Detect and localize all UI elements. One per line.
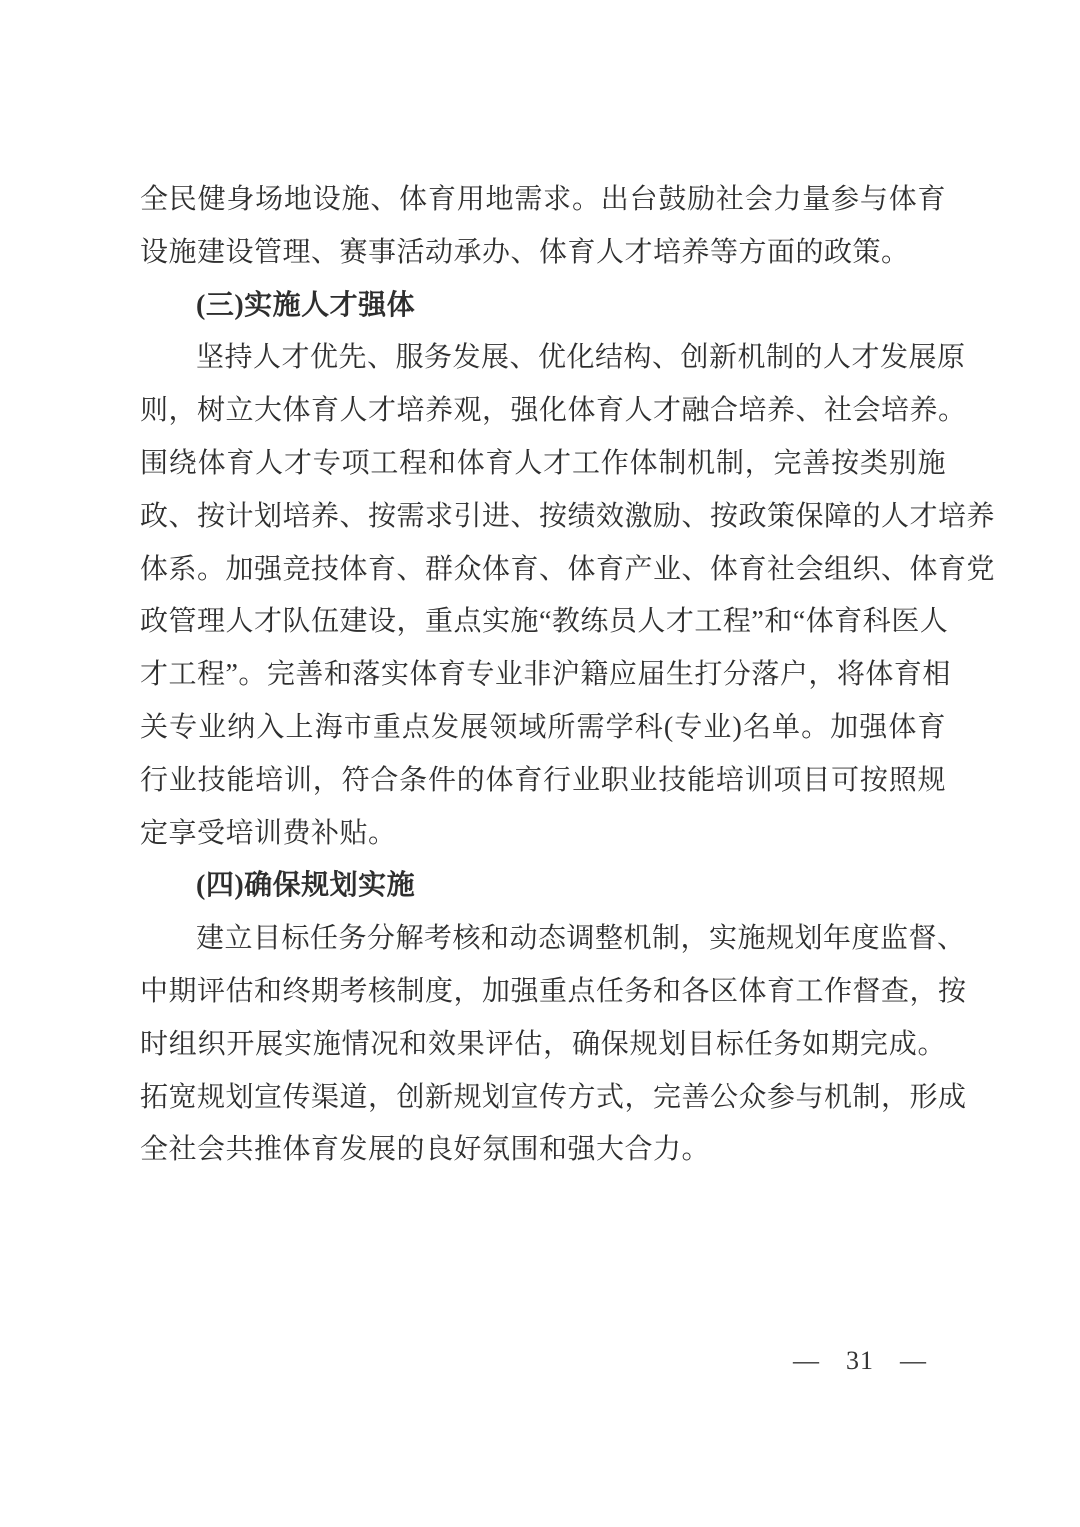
text-line: 全社会共推体育发展的良好氛围和强大合力。 (140, 1124, 946, 1177)
text-line: 中期评估和终期考核制度，加强重点任务和各区体育工作督查，按 (140, 966, 946, 1019)
text-line: 设施建设管理、赛事活动承办、体育人才培养等方面的政策。 (140, 227, 946, 280)
section-heading: (三)实施人才强体 (140, 280, 946, 333)
text-line: 建立目标任务分解考核和动态调整机制，实施规划年度监督、 (140, 913, 946, 966)
text-line: 才工程”。完善和落实体育专业非沪籍应届生打分落户，将体育相 (140, 649, 946, 702)
text-line: 政、按计划培养、按需求引进、按绩效激励、按政策保障的人才培养 (140, 491, 946, 544)
footer-dash-left: — (793, 1346, 820, 1376)
page-number: 31 (846, 1346, 874, 1376)
text-line: 政管理人才队伍建设，重点实施“教练员人才工程”和“体育科医人 (140, 596, 946, 649)
footer-dash-right: — (900, 1346, 927, 1376)
text-line: 拓宽规划宣传渠道，创新规划宣传方式，完善公众参与机制，形成 (140, 1072, 946, 1125)
section-heading: (四)确保规划实施 (140, 860, 946, 913)
text-line: 全民健身场地设施、体育用地需求。出台鼓励社会力量参与体育 (140, 174, 946, 227)
document-page: 全民健身场地设施、体育用地需求。出台鼓励社会力量参与体育 设施建设管理、赛事活动… (0, 0, 1080, 1527)
text-line: 围绕体育人才专项工程和体育人才工作体制机制，完善按类别施 (140, 438, 946, 491)
text-line: 关专业纳入上海市重点发展领域所需学科(专业)名单。加强体育 (140, 702, 946, 755)
text-line: 定享受培训费补贴。 (140, 808, 946, 861)
text-line: 坚持人才优先、服务发展、优化结构、创新机制的人才发展原 (140, 332, 946, 385)
page-footer: — 31 — (793, 1346, 927, 1376)
text-line: 行业技能培训，符合条件的体育行业职业技能培训项目可按照规 (140, 755, 946, 808)
text-line: 体系。加强竞技体育、群众体育、体育产业、体育社会组织、体育党 (140, 544, 946, 597)
text-line: 时组织开展实施情况和效果评估，确保规划目标任务如期完成。 (140, 1019, 946, 1072)
document-body: 全民健身场地设施、体育用地需求。出台鼓励社会力量参与体育 设施建设管理、赛事活动… (140, 174, 946, 1177)
text-line: 则，树立大体育人才培养观，强化体育人才融合培养、社会培养。 (140, 385, 946, 438)
